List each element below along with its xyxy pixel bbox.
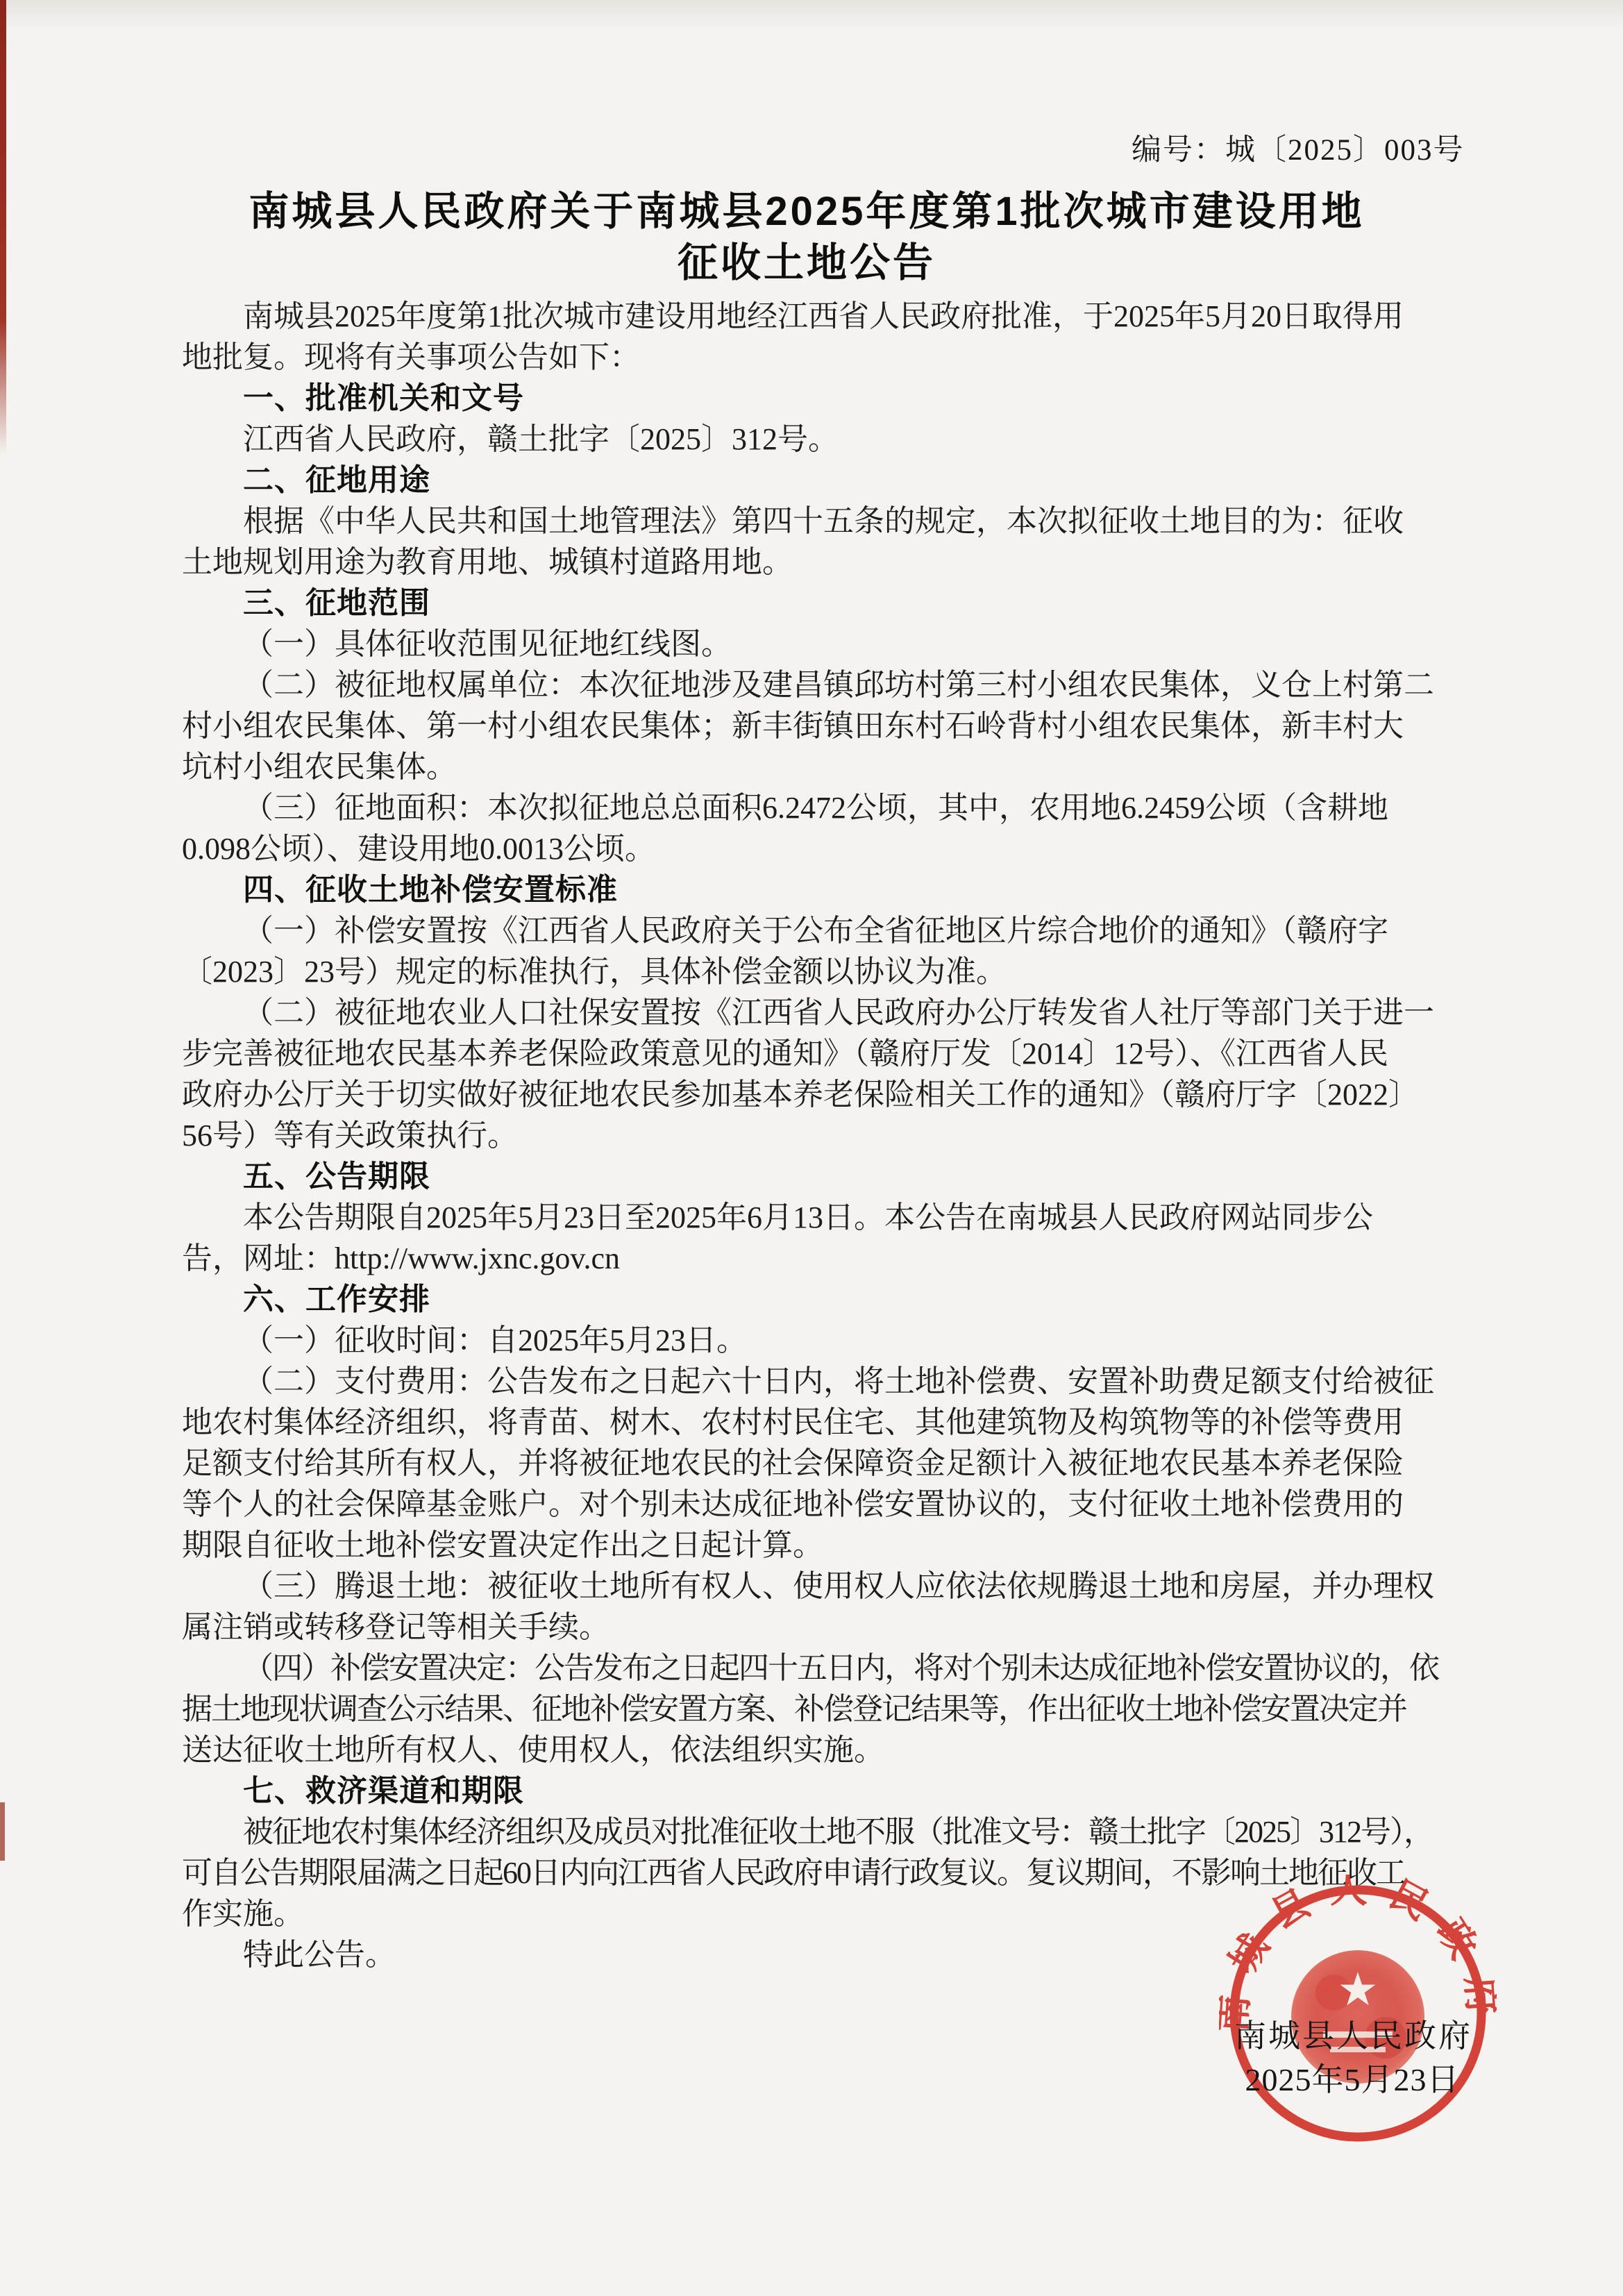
- document-body: 南城县2025年度第1批次城市建设用地经江西省人民政府批准，于2025年5月20…: [182, 296, 1438, 1975]
- section-heading: 七、救济渠道和期限: [182, 1770, 1438, 1811]
- signature-date: 2025年5月23日: [1234, 2061, 1470, 2100]
- body-line: 步完善被征地农民基本养老保险政策意见的通知》（赣府厅发〔2014〕12号）、《江…: [182, 1033, 1438, 1074]
- body-line: （二）被征地农业人口社保安置按《江西省人民政府办公厅转发省人社厅等部门关于进一: [182, 992, 1438, 1033]
- body-line: 南城县2025年度第1批次城市建设用地经江西省人民政府批准，于2025年5月20…: [182, 296, 1438, 337]
- scanned-document-page: 编号：城〔2025〕003号 南城县人民政府关于南城县2025年度第1批次城市建…: [0, 0, 1623, 2296]
- document-number: 编号：城〔2025〕003号: [1132, 134, 1465, 167]
- body-line: 送达征收土地所有权人、使用权人，依法组织实施。: [182, 1729, 1438, 1770]
- body-line: 政府办公厅关于切实做好被征地农民参加基本养老保险相关工作的通知》（赣府厅字〔20…: [182, 1074, 1438, 1115]
- body-line: （四）补偿安置决定：公告发布之日起四十五日内，将对个别未达成征地补偿安置协议的，…: [182, 1648, 1438, 1689]
- body-line: 告，网址：http://www.jxnc.gov.cn: [182, 1238, 1438, 1279]
- scan-top-shade: [0, 0, 1623, 29]
- document-title-line2: 征收土地公告: [182, 237, 1431, 289]
- section-heading: 一、批准机关和文号: [182, 378, 1438, 419]
- body-line: 被征地农村集体经济组织及成员对批准征收土地不服（批准文号：赣土批字〔2025〕3…: [182, 1811, 1438, 1852]
- body-line: （三）征地面积：本次拟征地总总面积6.2472公顷，其中，农用地6.2459公顷…: [182, 787, 1438, 828]
- body-line: 〔2023〕23号）规定的标准执行，具体补偿金额以协议为准。: [182, 951, 1438, 992]
- body-line: 江西省人民政府，赣土批字〔2025〕312号。: [182, 419, 1438, 460]
- body-line: 坑村小组农民集体。: [182, 746, 1438, 787]
- section-heading: 五、公告期限: [182, 1156, 1438, 1197]
- body-line: 地批复。现将有关事项公告如下：: [182, 337, 1438, 378]
- body-line: 土地规划用途为教育用地、城镇村道路用地。: [182, 542, 1438, 583]
- document-title-line1: 南城县人民政府关于南城县2025年度第1批次城市建设用地: [182, 186, 1431, 237]
- body-line: 本公告期限自2025年5月23日至2025年6月13日。本公告在南城县人民政府网…: [182, 1197, 1438, 1238]
- body-line: （一）具体征收范围见征地红线图。: [182, 623, 1438, 664]
- body-line: （一）补偿安置按《江西省人民政府关于公布全省征地区片综合地价的通知》（赣府字: [182, 910, 1438, 951]
- body-line: （三）腾退土地：被征收土地所有权人、使用权人应依法依规腾退土地和房屋，并办理权: [182, 1566, 1438, 1607]
- body-line: 期限自征收土地补偿安置决定作出之日起计算。: [182, 1525, 1438, 1566]
- scan-left-edge-artifact-2: [0, 1802, 5, 1861]
- section-heading: 二、征地用途: [182, 460, 1438, 501]
- document-title: 南城县人民政府关于南城县2025年度第1批次城市建设用地 征收土地公告: [182, 186, 1431, 289]
- official-seal: ★ 南城县人民政府: [1219, 1875, 1497, 2152]
- signature-org-name: 南城县人民政府: [1234, 2017, 1470, 2056]
- body-line: 根据《中华人民共和国土地管理法》第四十五条的规定，本次拟征收土地目的为：征收: [182, 501, 1438, 542]
- body-line: （二）支付费用：公告发布之日起六十日内，将土地补偿费、安置补助费足额支付给被征: [182, 1361, 1438, 1402]
- body-line: （二）被征地权属单位：本次征地涉及建昌镇邱坊村第三村小组农民集体，义仓上村第二: [182, 664, 1438, 705]
- body-line: （一）征收时间：自2025年5月23日。: [182, 1320, 1438, 1361]
- section-heading: 四、征收土地补偿安置标准: [182, 869, 1438, 910]
- section-heading: 六、工作安排: [182, 1279, 1438, 1320]
- body-line: 0.098公顷）、建设用地0.0013公顷。: [182, 828, 1438, 869]
- seal-star-icon: ★: [1337, 1965, 1378, 2016]
- scan-left-edge-artifact: [0, 0, 6, 455]
- section-heading: 三、征地范围: [182, 583, 1438, 623]
- body-line: 据土地现状调查公示结果、征地补偿安置方案、补偿登记结果等，作出征收土地补偿安置决…: [182, 1689, 1438, 1729]
- body-line: 属注销或转移登记等相关手续。: [182, 1607, 1438, 1648]
- body-line: 等个人的社会保障基金账户。对个别未达成征地补偿安置协议的，支付征收土地补偿费用的: [182, 1484, 1438, 1525]
- body-line: 地农村集体经济组织，将青苗、树木、农村村民住宅、其他建筑物及构筑物等的补偿等费用: [182, 1402, 1438, 1443]
- body-line: 足额支付给其所有权人，并将被征地农民的社会保障资金足额计入被征地农民基本养老保险: [182, 1443, 1438, 1484]
- body-line: 56号）等有关政策执行。: [182, 1115, 1438, 1156]
- body-line: 村小组农民集体、第一村小组农民集体；新丰街镇田东村石岭背村小组农民集体，新丰村大: [182, 705, 1438, 746]
